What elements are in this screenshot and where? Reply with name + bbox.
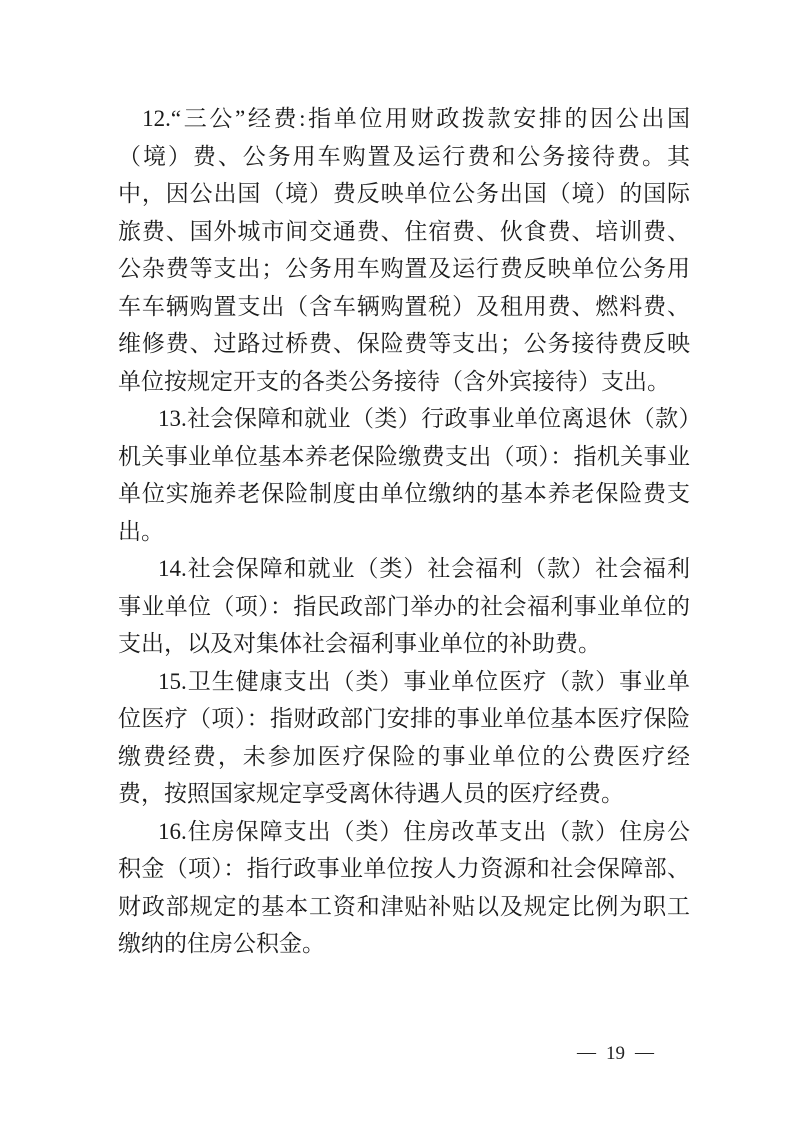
body-text-block: 12.“三公”经费:指单位用财政拨款安排的因公出国（境）费、公务用车购置及运行费… [118,100,690,963]
page-number-left-dash: — [577,1042,596,1064]
paragraph-13: 13.社会保障和就业（类）行政事业单位离退休（款）机关事业单位基本养老保险缴费支… [118,400,690,550]
page-number-right-dash: — [635,1042,654,1064]
paragraph-14: 14.社会保障和就业（类）社会福利（款）社会福利事业单位（项）：指民政部门举办的… [118,550,690,663]
paragraph-16: 16.住房保障支出（类）住房改革支出（款）住房公积金（项）：指行政事业单位按人力… [118,813,690,963]
document-page: 12.“三公”经费:指单位用财政拨款安排的因公出国（境）费、公务用车购置及运行费… [0,0,793,1122]
page-number-value: 19 [606,1043,625,1065]
paragraph-12: 12.“三公”经费:指单位用财政拨款安排的因公出国（境）费、公务用车购置及运行费… [118,100,690,400]
paragraph-15: 15.卫生健康支出（类）事业单位医疗（款）事业单位医疗（项）：指财政部门安排的事… [118,663,690,813]
page-number: — 19 — [558,1041,673,1067]
